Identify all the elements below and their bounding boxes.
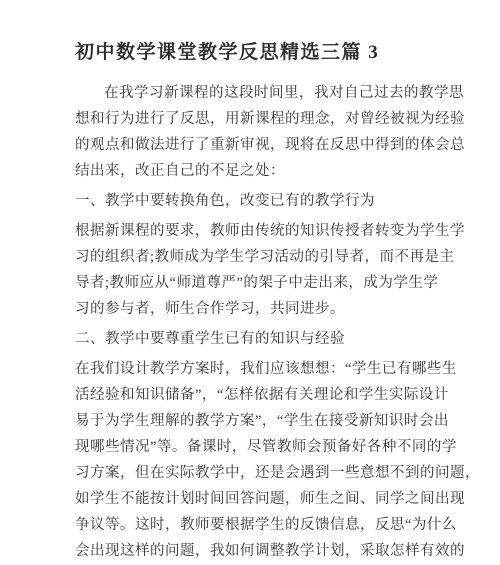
- text-line: 活经验和知识储备”，“怎样依据有关理论和学生实际设计: [75, 382, 425, 408]
- section-heading: 一、教学中要转换角色，改变已有的教学行为: [75, 188, 425, 214]
- text-line: 如学生不能按计划时间回答问题，师生之间、同学之间出现: [75, 486, 425, 512]
- text-line: 习的组织者;教师成为学生学习活动的引导者，而不再是主: [75, 244, 425, 270]
- text-line: 的观点和做法进行了重新审视，现将在反思中得到的体会总: [75, 132, 425, 158]
- text-line: 根据新课程的要求，教师由传统的知识传授者转变为学生学: [75, 218, 425, 244]
- section-heading: 二、教学中要尊重学生已有的知识与经验: [75, 326, 425, 352]
- text-line: 习方案，但在实际教学中，还是会遇到一些意想不到的问题，: [75, 460, 425, 486]
- text-line: 想和行为进行了反思，用新课程的理念，对曾经被视为经验: [75, 106, 425, 132]
- document-title: 初中数学课堂教学反思精选三篇 3: [75, 38, 425, 68]
- document-body: 在我学习新课程的这段时间里，我对自己过去的教学思想和行为进行了反思，用新课程的理…: [75, 80, 425, 564]
- text-line: 易于为学生理解的教学方案”，“学生在接受新知识时会出: [75, 408, 425, 434]
- text-line: 会出现这样的问题，我如何调整教学计划，采取怎样有效的: [75, 538, 425, 564]
- paragraph: 在我们设计教学方案时，我们应该想想：“学生已有哪些生活经验和知识储备”，“怎样依…: [75, 356, 425, 564]
- text-line: 导者;教师应从“师道尊严”的架子中走出来，成为学生学: [75, 270, 425, 296]
- text-line: 在我们设计教学方案时，我们应该想想：“学生已有哪些生: [75, 356, 425, 382]
- text-line: 争议等。这时，教师要根据学生的反馈信息，反思“为什么: [75, 512, 425, 538]
- document-page: 初中数学课堂教学反思精选三篇 3 在我学习新课程的这段时间里，我对自己过去的教学…: [0, 0, 500, 565]
- text-line: 现哪些情况”等。备课时，尽管教师会预备好各种不同的学: [75, 434, 425, 460]
- text-line: 结出来，改正自己的不足之处：: [75, 158, 425, 184]
- text-line: 习的参与者，师生合作学习，共同进步。: [75, 296, 425, 322]
- paragraph: 在我学习新课程的这段时间里，我对自己过去的教学思想和行为进行了反思，用新课程的理…: [75, 80, 425, 184]
- text-line: 在我学习新课程的这段时间里，我对自己过去的教学思: [75, 80, 425, 106]
- paragraph: 根据新课程的要求，教师由传统的知识传授者转变为学生学习的组织者;教师成为学生学习…: [75, 218, 425, 322]
